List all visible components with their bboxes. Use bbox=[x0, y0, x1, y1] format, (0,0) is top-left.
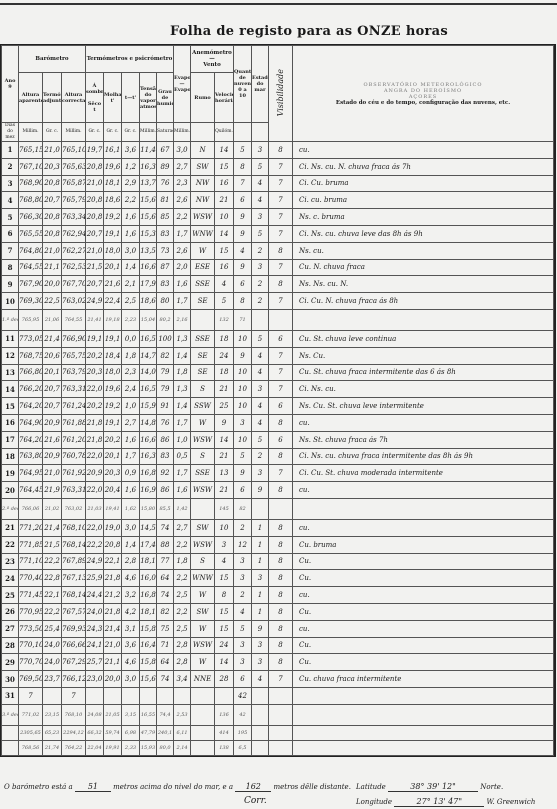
cell-rumo: NW bbox=[191, 175, 215, 192]
table-row: 22771,8521,5768,1422,220,81,417,4882,2WS… bbox=[2, 536, 554, 553]
cell-molh: 21,8 bbox=[104, 603, 122, 620]
cell-hum: 82 bbox=[157, 347, 174, 364]
table-row: 8764,5521,1762,5321,520,11,416,6872,0ESE… bbox=[2, 259, 554, 276]
cell-alt: 770,95 bbox=[19, 603, 43, 620]
cell-evap bbox=[174, 687, 191, 704]
cell-alt: 764,80 bbox=[19, 242, 43, 259]
sky-remark: Cu. N. chuva fraca bbox=[293, 259, 554, 276]
cell-vel: 15 bbox=[215, 158, 234, 175]
sum-row: 3.ª decada771,0223,15768,1024,0821,053,1… bbox=[2, 704, 554, 725]
cell-hum: 100 bbox=[157, 330, 174, 347]
cell-mar: 4 bbox=[252, 175, 269, 192]
day-number: 5 bbox=[2, 209, 19, 226]
cell-seco: 20,2 bbox=[86, 398, 104, 415]
cell-term: 24,0 bbox=[43, 637, 62, 654]
cell-rumo bbox=[191, 725, 215, 740]
cell-corr: 767,57 bbox=[62, 603, 86, 620]
cell-vel: 21 bbox=[215, 448, 234, 465]
sky-remark: Cu. chuva fraca intermitente bbox=[293, 671, 554, 688]
cell-hum: 82 bbox=[157, 603, 174, 620]
cell-corr: 766,66 bbox=[62, 637, 86, 654]
cell-vis: 7 bbox=[269, 347, 293, 364]
sky-remark: Ci. cu. bruma bbox=[293, 192, 554, 209]
cell-evap: 3,0 bbox=[174, 142, 191, 159]
cell-nuv: 10 bbox=[234, 398, 252, 415]
cell-seco: 23,0 bbox=[86, 671, 104, 688]
title-prefix: Folha de registo para as bbox=[170, 24, 352, 39]
cell-dif: 2,1 bbox=[122, 276, 140, 293]
cell-vis: 8 bbox=[269, 637, 293, 654]
register-table: Ano9 Barómetro Termómetros e psicrómetro… bbox=[1, 45, 554, 756]
cell-seco: 22,0 bbox=[86, 482, 104, 499]
cell-seco: 25,7 bbox=[86, 654, 104, 671]
page-title: Folha de registo para as ONZE horas bbox=[170, 24, 448, 39]
sum-row: 2.ª decada766,0621,02763,0221,0319,411,6… bbox=[2, 498, 554, 519]
cell-tens: 16,6 bbox=[140, 431, 157, 448]
tot-row: 2305,6565,232294,1266,3259,746,9847,7924… bbox=[2, 725, 554, 740]
cell-vis: 8 bbox=[269, 587, 293, 604]
cell-mar bbox=[252, 740, 269, 755]
cell-term: 21,0 bbox=[43, 242, 62, 259]
cell-evap: 1,0 bbox=[174, 431, 191, 448]
cell-seco: 24,0 bbox=[86, 603, 104, 620]
cell-dif: 2,4 bbox=[122, 381, 140, 398]
cell-nuv: 10 bbox=[234, 364, 252, 381]
attached-thermometer-header: Termómetro adjunto bbox=[43, 73, 62, 123]
cell-nuv: 4 bbox=[234, 603, 252, 620]
corrected-height-header: Altura correcta bbox=[62, 73, 86, 123]
cell-dif: 2,5 bbox=[122, 293, 140, 310]
cell-rumo: SSW bbox=[191, 398, 215, 415]
table-row: 21771,2021,4768,1022,019,03,014,5742,7SW… bbox=[2, 519, 554, 536]
wind-direction-header: Rumo bbox=[191, 73, 215, 123]
sky-remark: Ci. Cu. St. chuva moderada intermitente bbox=[293, 465, 554, 482]
cell-term: 22,1 bbox=[43, 587, 62, 604]
cell-mar: 4 bbox=[252, 414, 269, 431]
table-row: 9767,9020,0767,7020,721,62,117,9831,6SSE… bbox=[2, 276, 554, 293]
longitude: Longitude 27° 13' 47" W. Greenwich bbox=[356, 797, 535, 807]
cell-rumo: N bbox=[191, 142, 215, 159]
cell-seco: 66,32 bbox=[86, 725, 104, 740]
cell-vis: 7 bbox=[269, 209, 293, 226]
cell-corr: 765,75 bbox=[62, 347, 86, 364]
cell-nuv: 71 bbox=[234, 309, 252, 330]
cell-term: 21,9 bbox=[43, 482, 62, 499]
cell-tens: 17,4 bbox=[140, 536, 157, 553]
cell-vis bbox=[269, 498, 293, 519]
cell-rumo bbox=[191, 740, 215, 755]
cell-rumo: SSE bbox=[191, 330, 215, 347]
cell-mar: 5 bbox=[252, 330, 269, 347]
cell-term: 21,74 bbox=[43, 740, 62, 755]
cell-evap: 2,5 bbox=[174, 587, 191, 604]
cell-corr: 766,90 bbox=[62, 330, 86, 347]
cell-corr: 761,24 bbox=[62, 398, 86, 415]
cell-nuv: 8 bbox=[234, 293, 252, 310]
cell-dif: 0,9 bbox=[122, 465, 140, 482]
cell-nuv: 195 bbox=[234, 725, 252, 740]
signature: Corr. bbox=[244, 796, 267, 806]
cell-nuv: 3 bbox=[234, 414, 252, 431]
cell-seco: 24,08 bbox=[86, 704, 104, 725]
cell-seco: 21,8 bbox=[86, 414, 104, 431]
cell-corr: 765,79 bbox=[62, 192, 86, 209]
cell-tens: 15,8 bbox=[140, 654, 157, 671]
cell-term: 20,8 bbox=[43, 175, 62, 192]
sky-remark: Ci. Ns. cu. N. chuva fraca ás 7h bbox=[293, 158, 554, 175]
day-number: 13 bbox=[2, 364, 19, 381]
cell-tens: 14,8 bbox=[140, 414, 157, 431]
cell-molh: 19,0 bbox=[104, 519, 122, 536]
cell-mar: 1 bbox=[252, 587, 269, 604]
cell-tens: 18,1 bbox=[140, 603, 157, 620]
barometer-header: Barómetro bbox=[19, 46, 86, 73]
cell-alt: 764,45 bbox=[19, 482, 43, 499]
cell-term: 20,6 bbox=[43, 347, 62, 364]
cell-evap: 2,7 bbox=[174, 519, 191, 536]
unit-gr-c: Gr. c. bbox=[43, 123, 62, 142]
cell-dif: 4,6 bbox=[122, 654, 140, 671]
sky-remark: cu. bbox=[293, 620, 554, 637]
unit-saturation: Saturação=100 bbox=[157, 123, 174, 142]
cell-molh: 16,1 bbox=[104, 142, 122, 159]
cell-vis bbox=[269, 740, 293, 755]
cell-rumo: WSW bbox=[191, 637, 215, 654]
day-number: 26 bbox=[2, 603, 19, 620]
longitude-value: 27° 13' 47" bbox=[394, 797, 484, 807]
decade-label bbox=[2, 740, 19, 755]
cell-corr: 765,63 bbox=[62, 158, 86, 175]
cell-vel: 18 bbox=[215, 330, 234, 347]
cell-corr: 768,10 bbox=[62, 704, 86, 725]
cell-molh: 19,18 bbox=[104, 309, 122, 330]
cell-corr: 760,78 bbox=[62, 448, 86, 465]
cell-dif: 2,7 bbox=[122, 414, 140, 431]
day-number: 30 bbox=[2, 671, 19, 688]
cell-dif: 3,0 bbox=[122, 242, 140, 259]
cell-vis: 8 bbox=[269, 654, 293, 671]
cell-corr: 762,94 bbox=[62, 225, 86, 242]
unit-millim: Millim. bbox=[174, 123, 191, 142]
day-number: 15 bbox=[2, 398, 19, 415]
cell-mar: 4 bbox=[252, 192, 269, 209]
table-row: 16764,9020,9761,8821,819,12,714,8761,7W9… bbox=[2, 414, 554, 431]
sum-row: 1.ª decada765,9521,06764,5521,4119,182,2… bbox=[2, 309, 554, 330]
cell-mar: 3 bbox=[252, 570, 269, 587]
cell-corr: 767,13 bbox=[62, 570, 86, 587]
cell-alt: 771,20 bbox=[19, 519, 43, 536]
cell-alt: 769,50 bbox=[19, 671, 43, 688]
cell-dif: 1,0 bbox=[122, 398, 140, 415]
sky-remark: cu. bbox=[293, 587, 554, 604]
table-row: 20764,4521,9763,3122,020,41,616,9861,6WS… bbox=[2, 482, 554, 499]
cell-alt: 765,15 bbox=[19, 142, 43, 159]
cell-alt: 764,55 bbox=[19, 259, 43, 276]
cell-nuv: 9 bbox=[234, 347, 252, 364]
cell-seco: 19,1 bbox=[86, 330, 104, 347]
cell-tens bbox=[140, 687, 157, 704]
cell-corr: 764,22 bbox=[62, 740, 86, 755]
cell-term: 20,7 bbox=[43, 192, 62, 209]
table-row: 1765,1521,0765,1019,716,13,611,4673,0N14… bbox=[2, 142, 554, 159]
cell-nuv: 3 bbox=[234, 654, 252, 671]
cell-alt: 765,55 bbox=[19, 225, 43, 242]
sky-remark: Ci. Ns. cu. bbox=[293, 381, 554, 398]
sky-remark: Cu. bbox=[293, 654, 554, 671]
cell-vel: 13 bbox=[215, 465, 234, 482]
cell-vel bbox=[215, 687, 234, 704]
table-row: 23771,1022,2767,8924,922,12,818,1771,8S4… bbox=[2, 553, 554, 570]
cell-hum: 73 bbox=[157, 242, 174, 259]
cell-dif: 1,6 bbox=[122, 209, 140, 226]
cell-vis bbox=[269, 687, 293, 704]
cell-dif: 2,2 bbox=[122, 192, 140, 209]
cell-vel: 145 bbox=[215, 498, 234, 519]
cell-dif: 1,8 bbox=[122, 347, 140, 364]
cell-dif: 0,0 bbox=[122, 330, 140, 347]
sky-remark: Ci. Ns. cu. chuva fraca intermitente das… bbox=[293, 448, 554, 465]
cell-dif: 2,9 bbox=[122, 175, 140, 192]
cell-molh: 18,1 bbox=[104, 175, 122, 192]
cell-rumo bbox=[191, 309, 215, 330]
cell-mar: 2 bbox=[252, 448, 269, 465]
cell-tens: 15,93 bbox=[140, 740, 157, 755]
cell-rumo: WSW bbox=[191, 536, 215, 553]
cell-rumo: W bbox=[191, 414, 215, 431]
cell-rumo: W bbox=[191, 242, 215, 259]
cell-vel: 16 bbox=[215, 175, 234, 192]
cell-nuv: 9 bbox=[234, 465, 252, 482]
sky-remark: Ns. cu. bbox=[293, 242, 554, 259]
cell-tens: 16,5 bbox=[140, 330, 157, 347]
cell-seco: 24,3 bbox=[86, 620, 104, 637]
cell-alt: 770,40 bbox=[19, 570, 43, 587]
cell-corr: 764,55 bbox=[62, 309, 86, 330]
cell-tens: 16,8 bbox=[140, 587, 157, 604]
cell-vis bbox=[269, 309, 293, 330]
unit-millim: Millim. bbox=[19, 123, 43, 142]
cell-seco: 19,7 bbox=[86, 142, 104, 159]
cell-hum: 86 bbox=[157, 482, 174, 499]
cell-rumo: ESE bbox=[191, 259, 215, 276]
decade-label: 3.ª decada bbox=[2, 704, 19, 725]
cell-vel: 15 bbox=[215, 242, 234, 259]
cell-molh: 21,1 bbox=[104, 654, 122, 671]
cell-alt: 768,80 bbox=[19, 192, 43, 209]
vapor-tension-header: Tensão do vapor atmosférico bbox=[140, 73, 157, 123]
unit-millim: Millim. bbox=[140, 123, 157, 142]
cell-rumo: NW bbox=[191, 192, 215, 209]
cell-dif: 6,98 bbox=[122, 725, 140, 740]
cell-nuv: 5 bbox=[234, 620, 252, 637]
cell-vis: 7 bbox=[269, 158, 293, 175]
cell-molh: 19,2 bbox=[104, 209, 122, 226]
decade-label: 1.ª decada bbox=[2, 309, 19, 330]
day-number: 2 bbox=[2, 158, 19, 175]
cell-molh: 20,2 bbox=[104, 431, 122, 448]
cell-molh: 18,4 bbox=[104, 347, 122, 364]
day-number: 25 bbox=[2, 587, 19, 604]
cell-corr: 2294,12 bbox=[62, 725, 86, 740]
cell-vel: 414 bbox=[215, 725, 234, 740]
sea-state-header: Estado do mar bbox=[252, 46, 269, 123]
cell-mar: 3 bbox=[252, 259, 269, 276]
cell-seco: 22,2 bbox=[86, 536, 104, 553]
cell-seco: 21,0 bbox=[86, 242, 104, 259]
cell-evap: 1,8 bbox=[174, 553, 191, 570]
cell-molh: 20,4 bbox=[104, 482, 122, 499]
day-number: 22 bbox=[2, 536, 19, 553]
barometer-note: O barómetro está a 51 metros acima do ni… bbox=[4, 782, 351, 792]
cell-rumo bbox=[191, 704, 215, 725]
cell-alt: 2305,65 bbox=[19, 725, 43, 740]
cell-seco: 24,1 bbox=[86, 637, 104, 654]
cell-rumo: SW bbox=[191, 519, 215, 536]
cell-rumo: WSW bbox=[191, 431, 215, 448]
cell-dif: 3,6 bbox=[122, 142, 140, 159]
cell-vel: 21 bbox=[215, 482, 234, 499]
cell-vel: 3 bbox=[215, 536, 234, 553]
cell-term: 20,8 bbox=[43, 225, 62, 242]
cell-molh: 20,8 bbox=[104, 536, 122, 553]
cell-corr: 761,92 bbox=[62, 465, 86, 482]
cell-molh: 19,2 bbox=[104, 398, 122, 415]
day-number: 3 bbox=[2, 175, 19, 192]
cell-term: 20,0 bbox=[43, 276, 62, 293]
day-number: 18 bbox=[2, 448, 19, 465]
cell-vel: 136 bbox=[215, 704, 234, 725]
cell-vis: 8 bbox=[269, 620, 293, 637]
cell-corr: 7 bbox=[62, 687, 86, 704]
cell-vel: 21 bbox=[215, 381, 234, 398]
cell-term: 21,4 bbox=[43, 330, 62, 347]
sky-remark: Ns. Cu. St. chuva leve intermitente bbox=[293, 398, 554, 415]
cell-term: 20,9 bbox=[43, 448, 62, 465]
table-row: 17764,2021,6761,2021,820,21,616,6861,0WS… bbox=[2, 431, 554, 448]
cell-evap: 1,3 bbox=[174, 381, 191, 398]
cell-tens: 15,6 bbox=[140, 671, 157, 688]
cell-nuv: 10 bbox=[234, 330, 252, 347]
wind-speed-header: Velocidade horária bbox=[215, 73, 234, 123]
sky-remark: cu. bbox=[293, 142, 554, 159]
cell-tens: 16,3 bbox=[140, 158, 157, 175]
cell-rumo: SSE bbox=[191, 276, 215, 293]
cell-nuv: 42 bbox=[234, 687, 252, 704]
evaporometer-header: Evaporómetro—Evaporação bbox=[174, 46, 191, 123]
table-row: 30769,5023,7766,1223,020,03,015,6743,4NN… bbox=[2, 671, 554, 688]
day-number: 28 bbox=[2, 637, 19, 654]
cell-corr: 767,70 bbox=[62, 276, 86, 293]
tot-row: 768,5621,74764,2222,0419,912,3315,9380,0… bbox=[2, 740, 554, 755]
cell-hum: 80,2 bbox=[157, 309, 174, 330]
cell-vel: 138 bbox=[215, 740, 234, 755]
cell-mar bbox=[252, 309, 269, 330]
unit-blank bbox=[252, 123, 269, 142]
cell-molh: 19,1 bbox=[104, 414, 122, 431]
cell-hum: 80,0 bbox=[157, 740, 174, 755]
cell-vel: 14 bbox=[215, 225, 234, 242]
cell-evap: 2,16 bbox=[174, 309, 191, 330]
cell-vel: 21 bbox=[215, 192, 234, 209]
cell-mar: 1 bbox=[252, 603, 269, 620]
table-row: 317742 bbox=[2, 687, 554, 704]
cell-hum: 74,4 bbox=[157, 704, 174, 725]
unit-km: Quilóm. bbox=[215, 123, 234, 142]
cell-vis: 6 bbox=[269, 398, 293, 415]
cell-mar: 5 bbox=[252, 431, 269, 448]
cell-term bbox=[43, 687, 62, 704]
cell-alt: 770,70 bbox=[19, 654, 43, 671]
cell-vel: 5 bbox=[215, 293, 234, 310]
cell-vis: 7 bbox=[269, 259, 293, 276]
cell-term: 65,23 bbox=[43, 725, 62, 740]
apparent-height-header: Altura aparente bbox=[19, 73, 43, 123]
cell-vis: 7 bbox=[269, 192, 293, 209]
cell-mar: 4 bbox=[252, 347, 269, 364]
cell-tens: 14,5 bbox=[140, 519, 157, 536]
cell-vis bbox=[269, 704, 293, 725]
cell-vel: 14 bbox=[215, 142, 234, 159]
cell-vel: 25 bbox=[215, 398, 234, 415]
cell-alt: 765,95 bbox=[19, 309, 43, 330]
cell-mar: 9 bbox=[252, 482, 269, 499]
table-row: 24770,4022,8767,1325,921,84,616,0642,2WN… bbox=[2, 570, 554, 587]
cell-dif: 2,3 bbox=[122, 364, 140, 381]
cell-tens: 15,04 bbox=[140, 309, 157, 330]
cell-vis: 7 bbox=[269, 381, 293, 398]
cell-nuv: 6 bbox=[234, 671, 252, 688]
cell-hum: 83 bbox=[157, 225, 174, 242]
clouds-header: Quantidade de nuvens 0 a 10 bbox=[234, 46, 252, 123]
cell-vel: 9 bbox=[215, 414, 234, 431]
cell-dif: 1,6 bbox=[122, 482, 140, 499]
day-number: 9 bbox=[2, 276, 19, 293]
cell-tens: 18,1 bbox=[140, 553, 157, 570]
sky-remark: Ci. Cu. bruma bbox=[293, 175, 554, 192]
cell-tens: 11,4 bbox=[140, 142, 157, 159]
cell-dif: 3,0 bbox=[122, 519, 140, 536]
cell-evap: 1,4 bbox=[174, 347, 191, 364]
cell-corr: 763,79 bbox=[62, 364, 86, 381]
cell-seco: 21,5 bbox=[86, 259, 104, 276]
unit-blank bbox=[234, 123, 252, 142]
sky-state-header: OBSERVATÓRIO METEOROLÓGICO ANGRA DO HERO… bbox=[293, 46, 554, 142]
table-row: 29770,7024,0767,2925,721,14,615,8642,8W1… bbox=[2, 654, 554, 671]
sky-remark: cu. bbox=[293, 519, 554, 536]
cell-vis: 8 bbox=[269, 519, 293, 536]
cell-nuv: 2 bbox=[234, 519, 252, 536]
cell-tens: 14,0 bbox=[140, 364, 157, 381]
cell-vel: 16 bbox=[215, 259, 234, 276]
cell-corr: 763,31 bbox=[62, 381, 86, 398]
cell-rumo: SSE bbox=[191, 465, 215, 482]
cell-tens: 16,3 bbox=[140, 448, 157, 465]
sky-remark bbox=[293, 687, 554, 704]
cell-seco: 22,0 bbox=[86, 381, 104, 398]
cell-mar bbox=[252, 704, 269, 725]
cell-dif: 2,23 bbox=[122, 309, 140, 330]
unit-gr-c: Gr. c. bbox=[104, 123, 122, 142]
cell-nuv: 2 bbox=[234, 587, 252, 604]
cell-molh: 20,0 bbox=[104, 671, 122, 688]
table-row: 6765,5520,8762,9420,719,11,615,3831,7WNW… bbox=[2, 225, 554, 242]
cell-molh: 18,6 bbox=[104, 192, 122, 209]
cell-molh: 21,4 bbox=[104, 620, 122, 637]
dry-header: Á sombraSêco t bbox=[86, 73, 104, 123]
day-number: 7 bbox=[2, 242, 19, 259]
cell-vis: 8 bbox=[269, 553, 293, 570]
cell-nuv: 3 bbox=[234, 637, 252, 654]
